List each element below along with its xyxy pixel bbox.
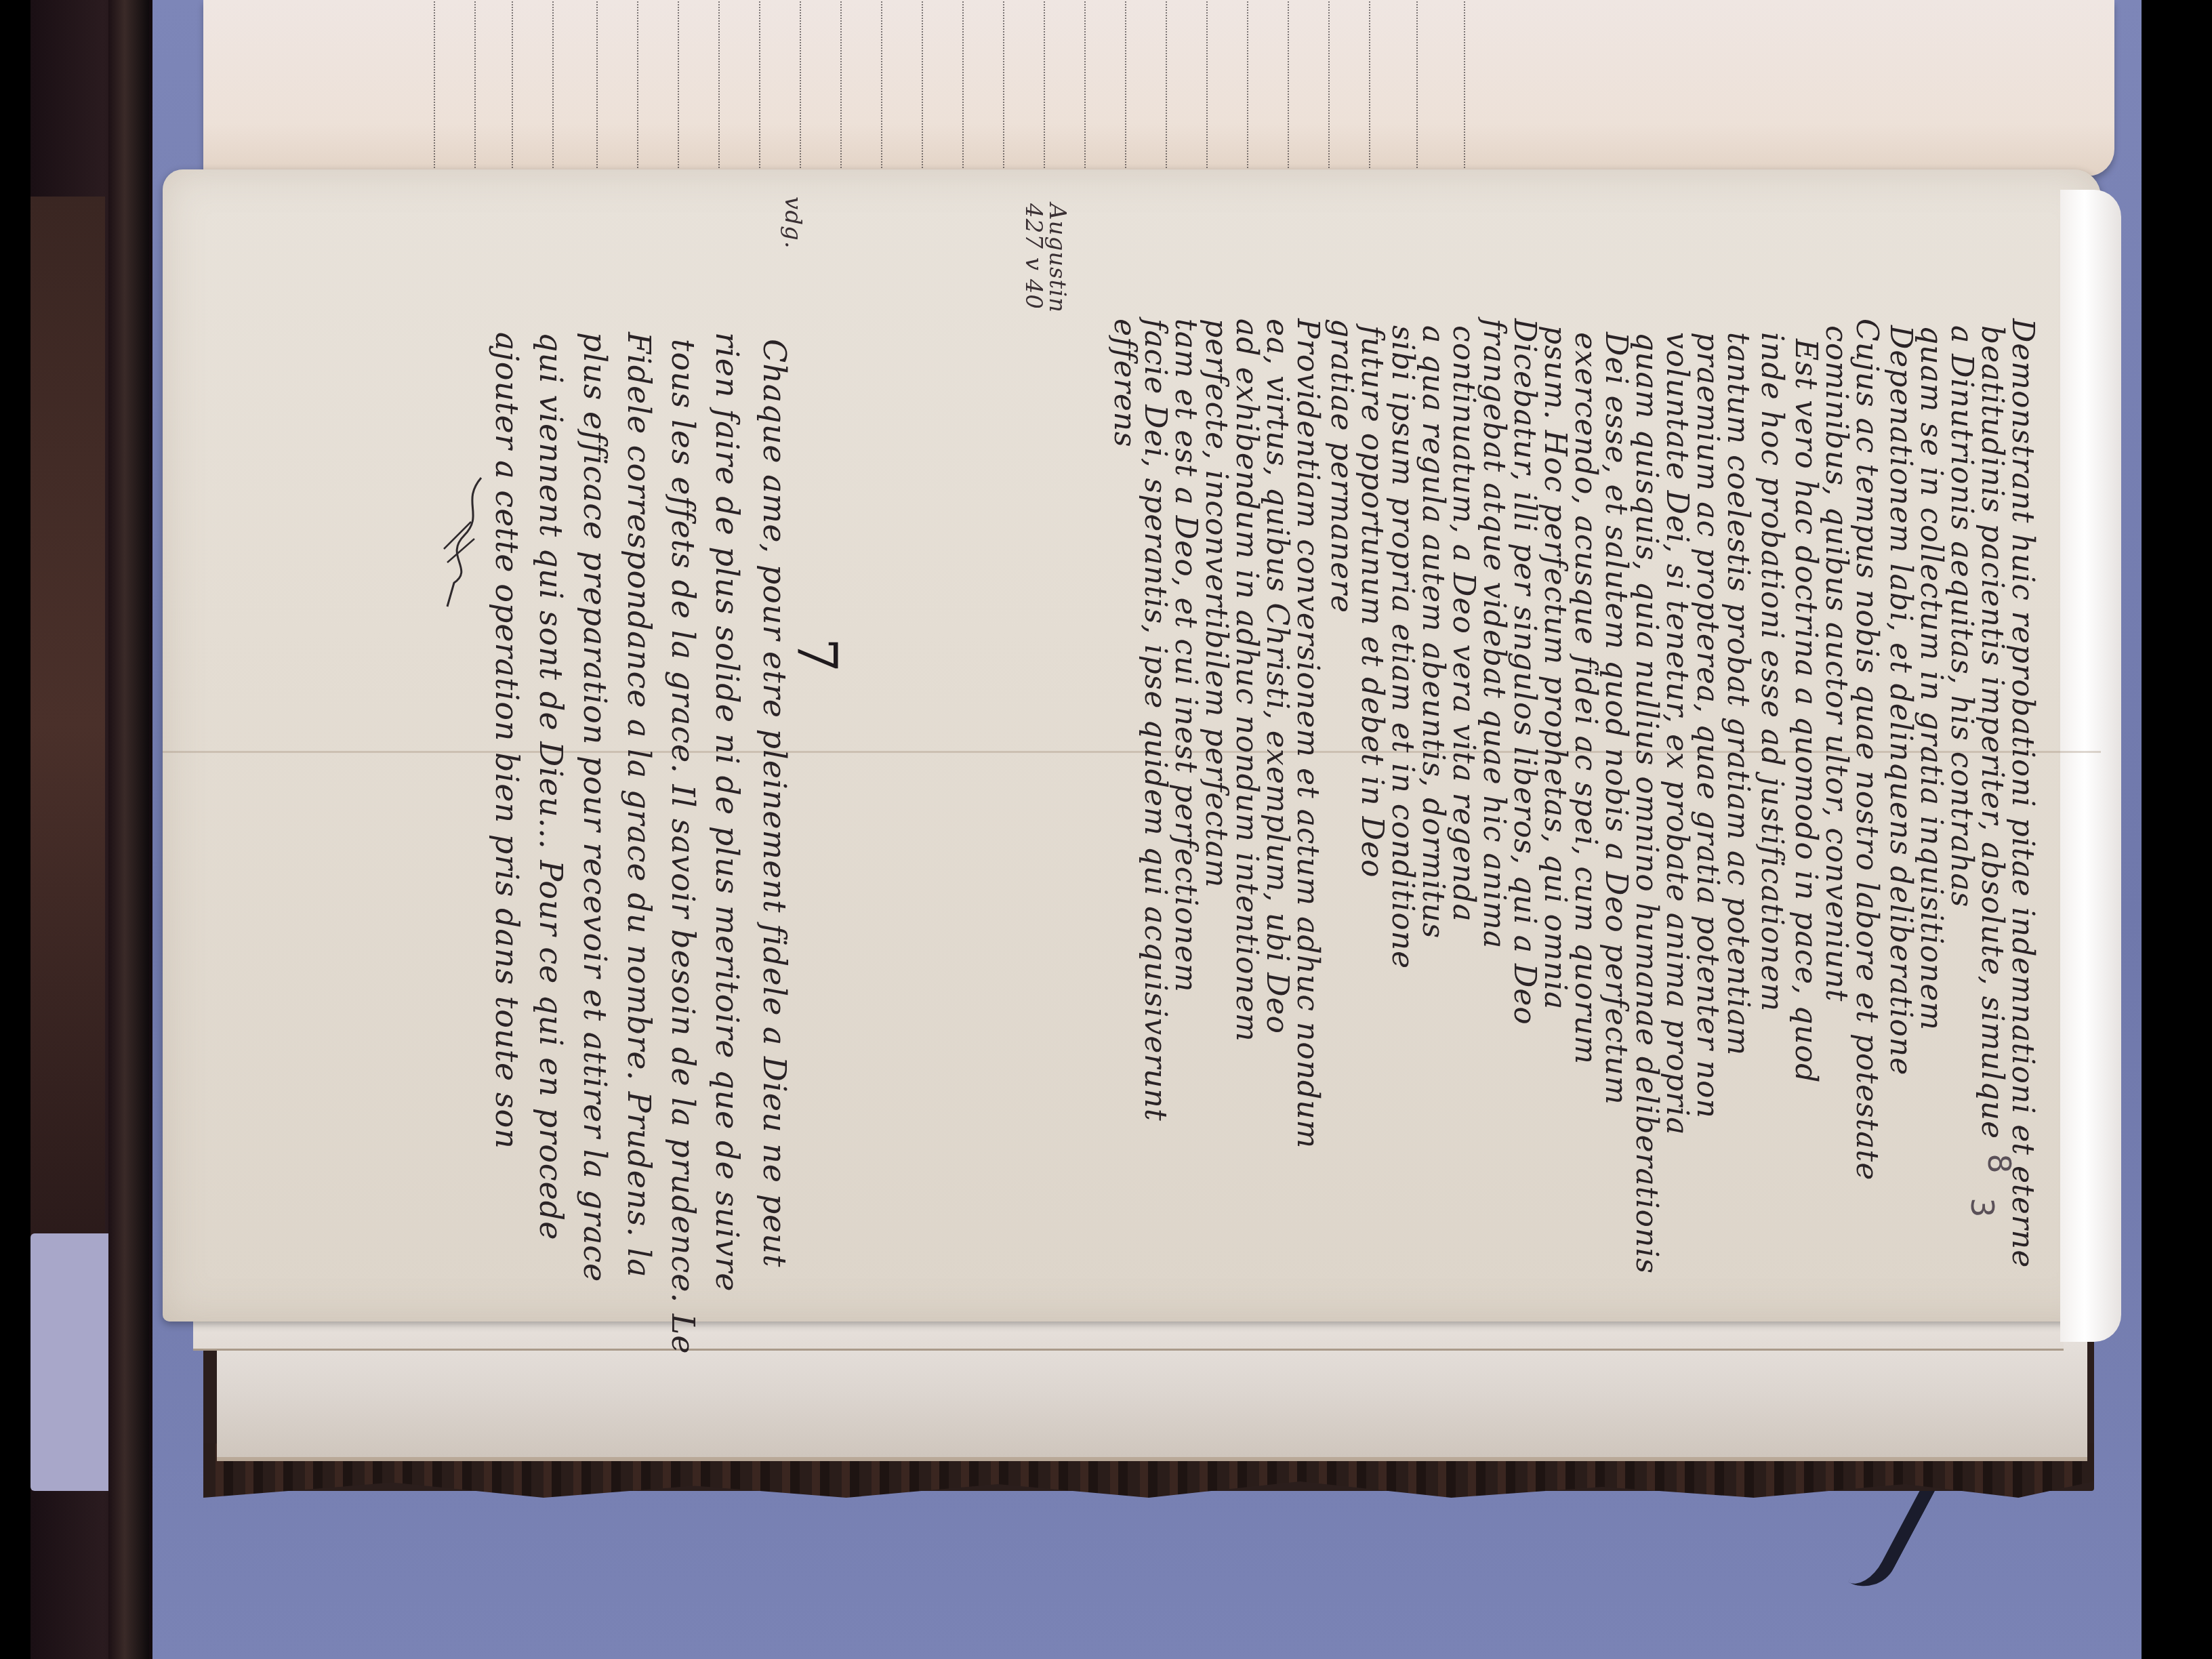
text-line: Dei esse, et salutem quod nobis a Deo pe…: [1599, 332, 1633, 1105]
book-spine-edge: [108, 0, 149, 1659]
text-line: tam et est a Deo, et cui inest perfectio…: [1168, 319, 1203, 993]
text-line: quam se in collectum in gratia inquisiti…: [1914, 325, 1948, 1031]
signature-flourish: [434, 474, 495, 610]
text-line: beatitudinis pacientis imperiter, absolu…: [1975, 325, 2009, 1139]
dark-edge-right: [2179, 0, 2212, 1659]
text-line: a qua regula autem abeuntis, dormitus: [1416, 325, 1450, 939]
text-line: continuatum, a Deo vera vita regenda: [1446, 325, 1481, 922]
text-line: Depenationem labi, et delinquens deliber…: [1883, 325, 1918, 1076]
paragraph-number: 7: [785, 638, 848, 672]
text-line: psum. Hoc perfectum prophetas, qui omnia: [1538, 325, 1572, 1010]
text-line: ajouter a cette operation bien pris dans…: [489, 332, 525, 1149]
margin-note: vdg.: [779, 197, 806, 249]
text-line: Demonstrant huic reprobationi pitae inde…: [2005, 319, 2040, 1268]
text-line: frangebat atque videbat quae hic anima: [1477, 319, 1511, 949]
text-line: a Dinutrionis aequitas, his contrahas: [1944, 325, 1979, 907]
text-line: gratiae permanere: [1324, 319, 1359, 613]
text-line: facie Dei, sperantis, ipse quidem qui ac…: [1138, 319, 1172, 1122]
text-line: cominibus, quibus auctor ultor, conveniu…: [1819, 325, 1853, 1002]
text-line: Est vero hac doctrina a quomodo in pace,…: [1788, 339, 1823, 1083]
text-line: voluntate Dei, si tenetur, ex probate an…: [1660, 332, 1694, 1135]
previous-page: [203, 0, 2114, 176]
text-line: Dicebatur, illi per singulos liberos, qu…: [1507, 319, 1542, 1025]
text-line: Cujus ac tempus nobis quae nostro labore…: [1849, 319, 1884, 1181]
folio-number: 3: [1964, 1197, 2001, 1217]
margin-note: 427 v 40: [1020, 203, 1047, 310]
text-line: ea, virtus, quibus Christi, exemplum, ub…: [1260, 319, 1294, 1034]
page-edge: [2060, 190, 2121, 1342]
wood-surface: [30, 197, 105, 1254]
text-line: future opportunum et debet in Deo: [1355, 325, 1389, 878]
margin-note: Augustin: [1044, 203, 1071, 313]
text-line: efferens: [1107, 319, 1142, 448]
text-line: qui viennent qui sont de Dieu... Pour ce…: [533, 332, 569, 1240]
text-line: rien faire de plus solide ni de plus mer…: [709, 332, 745, 1292]
text-line: praemium ac propterea, quae gratia poten…: [1690, 332, 1725, 1119]
text-line: perfecte, inconvertibilem perfectam: [1199, 319, 1233, 888]
text-line: Fidele correspondance a la grace du nomb…: [621, 332, 657, 1278]
cloth-fold: [30, 1233, 119, 1491]
text-line: sibi ipsum propria etiam et in condition…: [1385, 325, 1420, 969]
text-line: tantum coelestis probat gratiam ac poten…: [1721, 332, 1755, 1056]
text-line: Providentiam conversionem et actum adhuc…: [1290, 319, 1325, 1149]
text-line: ad exhibendum in adhuc nondum intentione…: [1229, 319, 1264, 1042]
text-line: inde hoc probationi esse ad justificatio…: [1755, 332, 1789, 1012]
text-line: plus efficace preparation pour recevoir …: [577, 332, 613, 1282]
previous-page-handwriting: [203, 0, 2114, 176]
text-line: tous les effets de la grace. Il savoir b…: [665, 339, 701, 1354]
text-line: exercendo, acusque fidei ac spei, cum qu…: [1568, 332, 1603, 1065]
text-line: Chaque ame, pour etre pleinement fidele …: [756, 339, 793, 1267]
text-line: quam quisquis, quia nullius omnino human…: [1629, 332, 1664, 1274]
